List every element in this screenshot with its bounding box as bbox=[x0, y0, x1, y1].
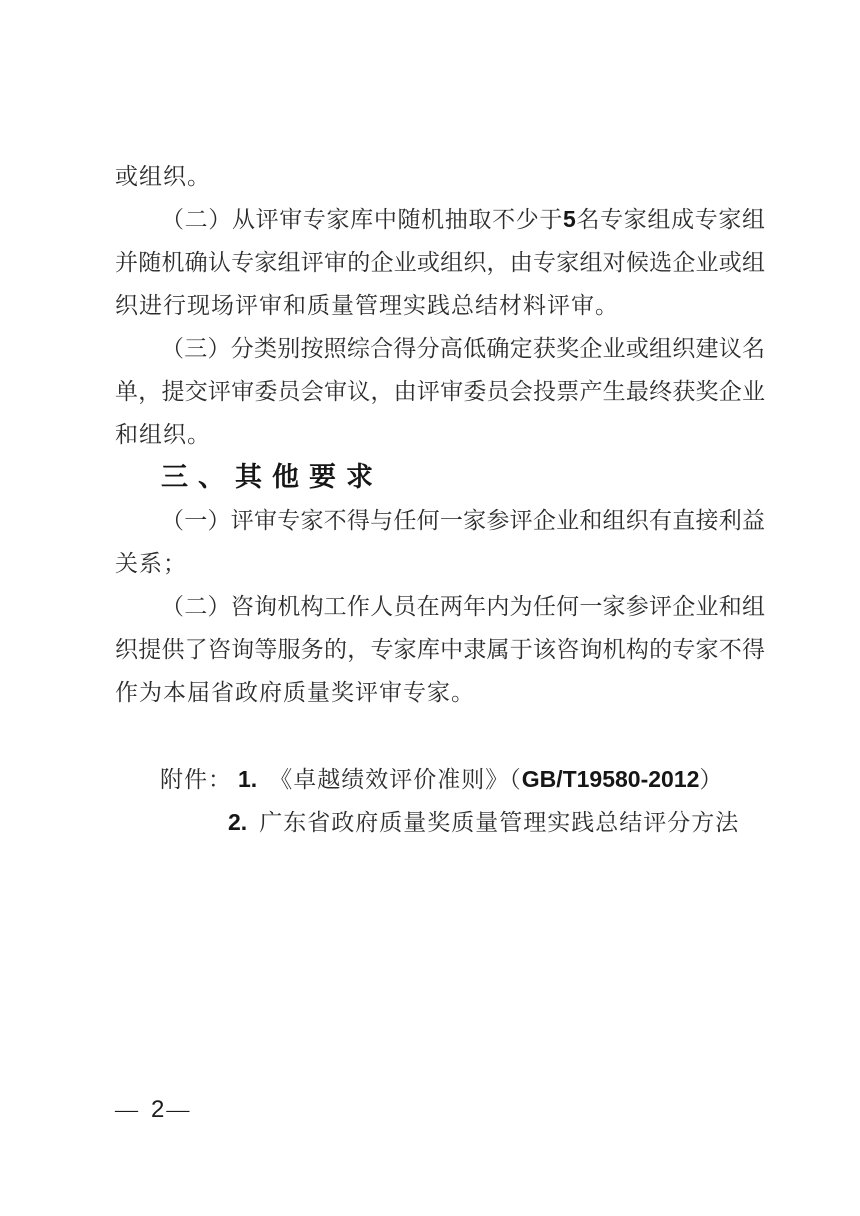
attachments-label: 附件： bbox=[160, 767, 232, 792]
text-line: 织提供了咨询等服务的，专家库中隶属于该咨询机构的专家不得 bbox=[115, 628, 765, 671]
attachment-title: 《卓越绩效评价准则》 bbox=[269, 767, 509, 792]
text-line: （二）咨询机构工作人员在两年内为任何一家参评企业和组 bbox=[115, 585, 765, 628]
attachment-item: 2.广东省政府质量奖质量管理实践总结评分方法 bbox=[115, 801, 765, 844]
attachment-item: 附件：1.《卓越绩效评价准则》（GB/T19580-2012） bbox=[115, 758, 765, 801]
body-text: 或组织。 （二）从评审专家库中随机抽取不少于5名专家组成专家组 并随机确认专家组… bbox=[115, 155, 765, 844]
text-line: （一）评审专家不得与任何一家参评企业和组织有直接利益 bbox=[115, 499, 765, 542]
line-segment: 名专家组成专家组 bbox=[576, 207, 765, 232]
footer-dash-left: — bbox=[115, 1097, 138, 1122]
text-line: 和组织。 bbox=[115, 413, 765, 456]
expert-count-number: 5 bbox=[563, 206, 576, 232]
standard-code: GB/T19580-2012 bbox=[522, 766, 700, 792]
text-line: （三）分类别按照综合得分高低确定获奖企业或组织建议名 bbox=[115, 327, 765, 370]
paren-open: （ bbox=[509, 767, 522, 792]
text-line: 单，提交评审委员会审议，由评审委员会投票产生最终获奖企业 bbox=[115, 370, 765, 413]
text-line: 关系； bbox=[115, 542, 765, 585]
text-line: 作为本届省政府质量奖评审专家。 bbox=[115, 671, 765, 714]
attachment-title: 广东省政府质量奖质量管理实践总结评分方法 bbox=[259, 810, 739, 835]
footer-dash-right: — bbox=[166, 1097, 189, 1122]
text-line: 或组织。 bbox=[115, 155, 765, 198]
paren-close: ） bbox=[699, 767, 723, 792]
page-footer: —2— bbox=[115, 1096, 189, 1124]
attachment-number: 1. bbox=[238, 766, 257, 792]
text-line: （二）从评审专家库中随机抽取不少于5名专家组成专家组 bbox=[115, 198, 765, 241]
section-heading: 三、其他要求 bbox=[115, 456, 765, 499]
document-page: 或组织。 （二）从评审专家库中随机抽取不少于5名专家组成专家组 并随机确认专家组… bbox=[0, 0, 860, 1216]
text-line: 织进行现场评审和质量管理实践总结材料评审。 bbox=[115, 284, 765, 327]
page-number: 2 bbox=[151, 1096, 164, 1123]
attachment-number: 2. bbox=[228, 809, 247, 835]
text-line: 并随机确认专家组评审的企业或组织，由专家组对候选企业或组 bbox=[115, 241, 765, 284]
line-segment: （二）从评审专家库中随机抽取不少于 bbox=[161, 207, 563, 232]
attachments-section: 附件：1.《卓越绩效评价准则》（GB/T19580-2012） 2.广东省政府质… bbox=[115, 758, 765, 844]
